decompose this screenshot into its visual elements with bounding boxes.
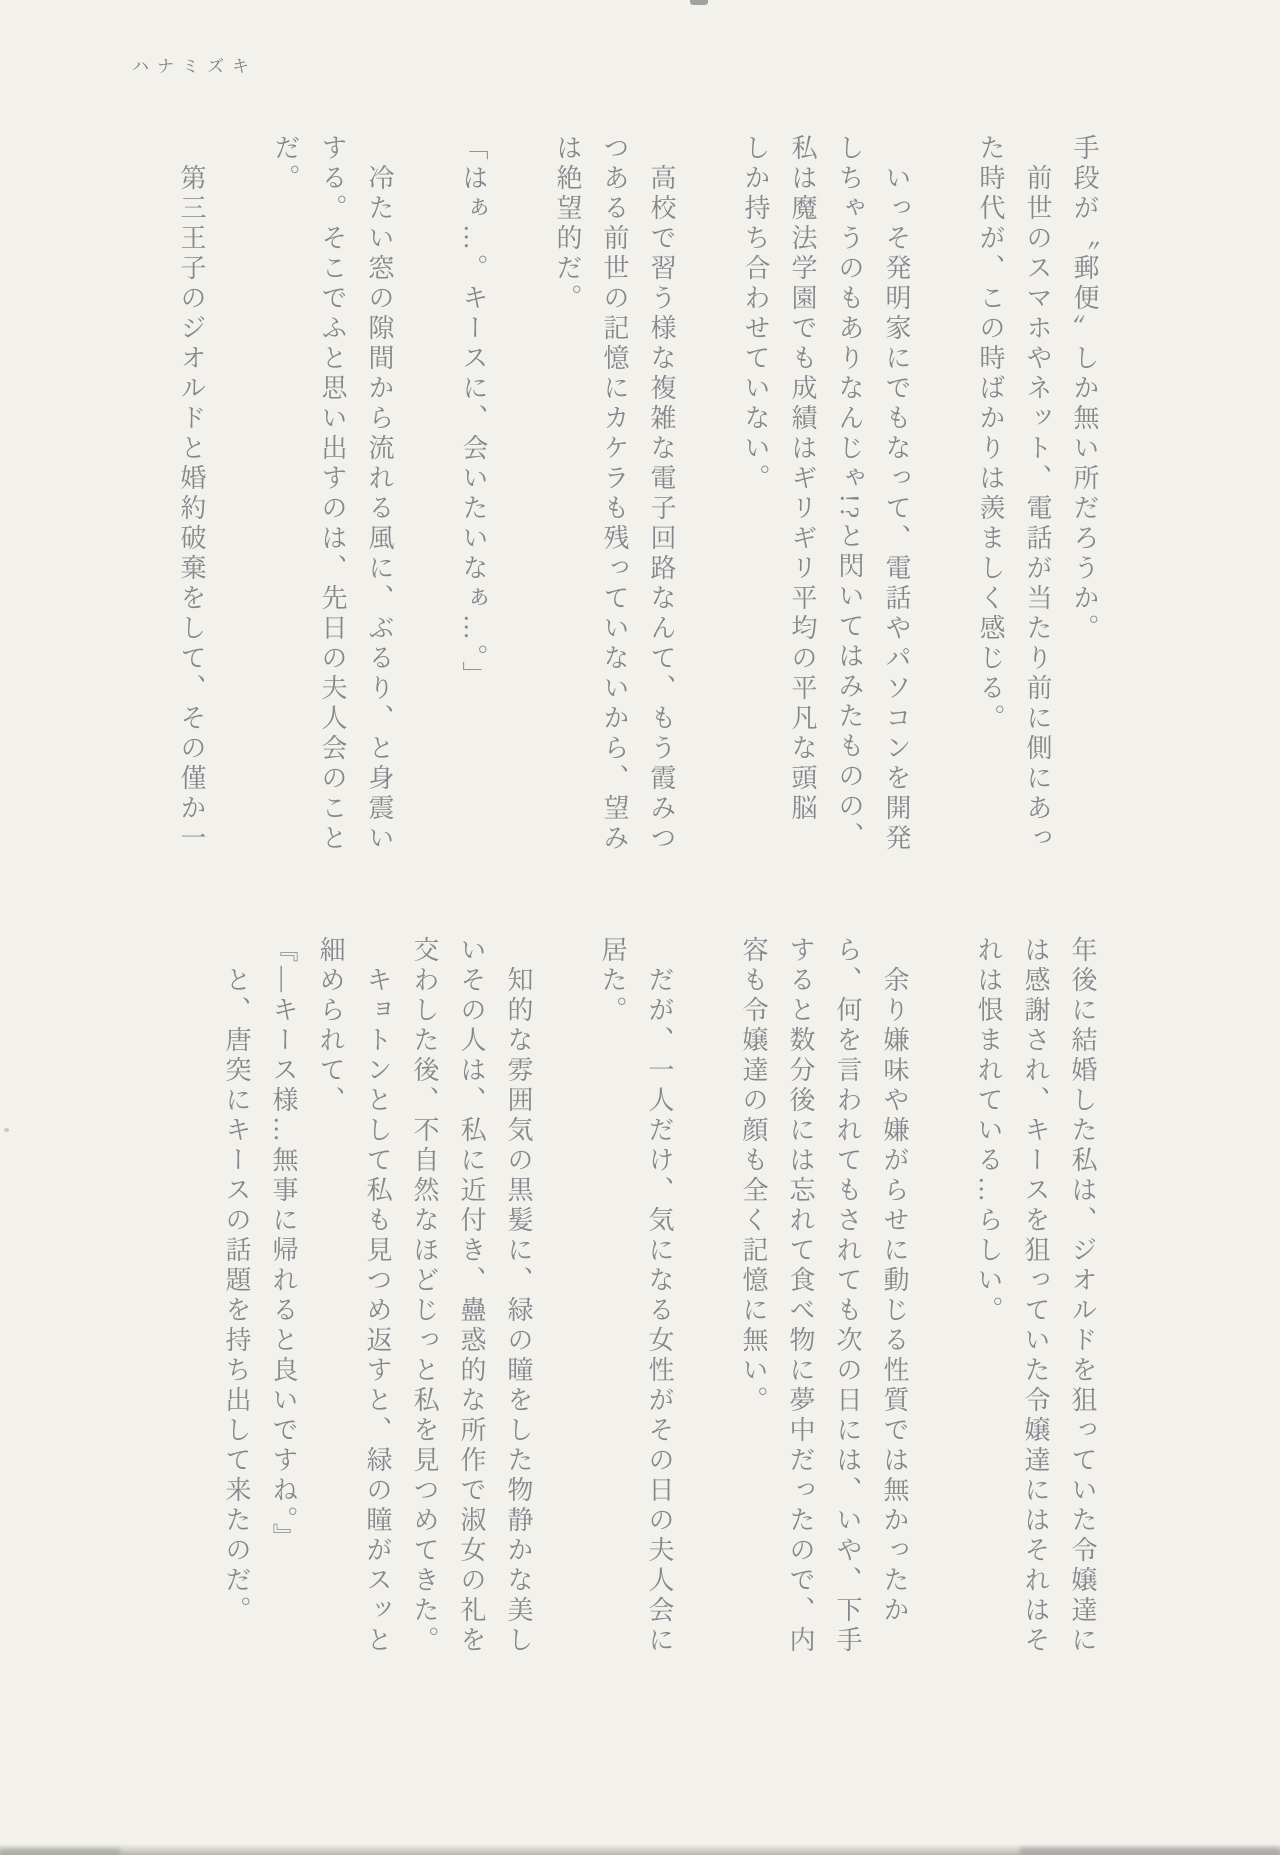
scan-shadow-bottom-left: [0, 1848, 120, 1855]
page-header-title: ハナミズキ: [132, 52, 257, 77]
lower-text-block: 年後に結婚した私は、ジオルドを狙っていた令嬢達に は感謝され、キースを狙っていた…: [213, 936, 1106, 1656]
scan-shadow-bottom-right: [1020, 1847, 1280, 1855]
upper-text-block: 手段が〝郵便〟しか無い所だろうか。 前世のスマホやネット、電話が当たり前に側にあ…: [168, 134, 1108, 854]
scanned-novel-page: ハナミズキ 手段が〝郵便〟しか無い所だろうか。 前世のスマホやネット、電話が当た…: [0, 0, 1280, 1855]
scan-speck-top-edge: [690, 0, 708, 5]
scan-speck-left-edge: [4, 1128, 9, 1132]
